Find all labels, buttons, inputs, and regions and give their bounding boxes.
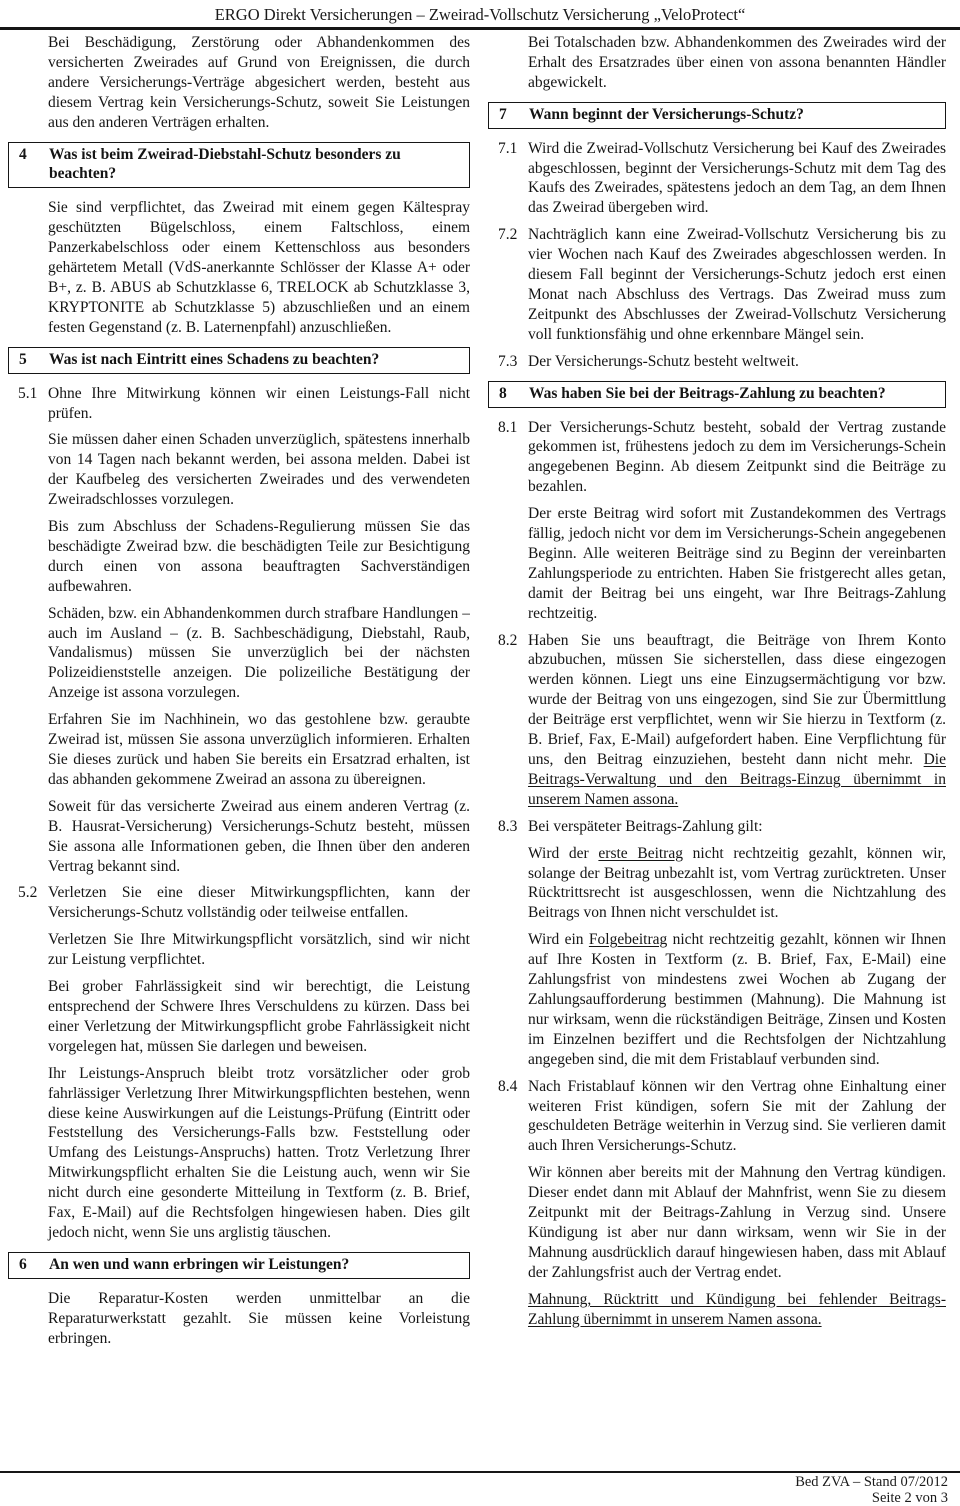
clause-paragraph: 7.2Nachträglich kann eine Zweirad-Vollsc… [488,225,946,344]
body-paragraph: Erfahren Sie im Nachhinein, wo das gesto… [8,710,470,790]
body-paragraph: Sie müssen daher einen Schaden unverzügl… [8,430,470,510]
text-run: erste Beitrag [598,845,683,862]
paragraph-text: Die Reparatur-Kosten werden unmittelbar … [48,1290,470,1347]
clause-paragraph: 5.1Ohne Ihre Mitwirkung können wir einen… [8,384,470,424]
section-title: Wann beginnt der Versicherungs-Schutz? [529,106,804,123]
text-run: Wird die Zweirad-Vollschutz Versicherung… [528,140,946,217]
footer-page-number: Seite 2 von 3 [795,1491,948,1506]
body-paragraph: Bei Totalschaden bzw. Abhandenkommen des… [488,33,946,93]
section-number: 6 [19,1255,27,1275]
text-run: Bis zum Abschluss der Schadens-Regulieru… [48,518,470,595]
footer-version-label: Bed ZVA – Stand 07/2012 [795,1475,948,1491]
clause-paragraph: 8.1Der Versicherungs-Schutz besteht, sob… [488,418,946,498]
section-title: An wen und wann erbringen wir Leistungen… [49,1256,349,1273]
text-run: Der erste Beitrag wird sofort mit Zustan… [528,505,946,622]
clause-number: 8.1 [498,418,517,438]
text-run: Sie müssen daher einen Schaden unverzügl… [48,431,470,508]
paragraph-text: Schäden, bzw. ein Abhandenkommen durch s… [48,605,470,702]
section-heading: 8Was haben Sie bei der Beitrags-Zahlung … [488,381,946,408]
text-run: Die Reparatur-Kosten werden unmittelbar … [48,1290,470,1347]
text-run: Nach Fristablauf können wir den Vertrag … [528,1078,946,1155]
clause-paragraph: 5.2Verletzen Sie eine dieser Mitwirkungs… [8,883,470,923]
section-title: Was ist nach Eintritt eines Schadens zu … [49,351,379,368]
paragraph-text: Wird der erste Beitrag nicht rechtzeitig… [528,845,946,922]
paragraph-text: Wird ein Folgebeitrag nicht rechtzeitig … [528,931,946,1067]
paragraph-text: Der erste Beitrag wird sofort mit Zustan… [528,505,946,622]
body-paragraph: Verletzen Sie Ihre Mitwirkungspflicht vo… [8,930,470,970]
text-run: Ihr Leistungs-Anspruch bleibt trotz vors… [48,1065,470,1241]
clause-number: 5.1 [18,384,37,404]
text-run: Soweit für das versicherte Zweirad aus e… [48,798,470,875]
body-paragraph: Schäden, bzw. ein Abhandenkommen durch s… [8,604,470,704]
paragraph-text: Nachträglich kann eine Zweirad-Vollschut… [528,226,946,343]
text-run: Folgebeitrag [589,931,667,948]
section-heading: 6An wen und wann erbringen wir Leistunge… [8,1252,470,1279]
left-column: Bei Beschädigung, Zerstörung oder Abhand… [8,33,470,1470]
body-paragraph: Wir können aber bereits mit der Mahnung … [488,1163,946,1282]
paragraph-text: Bis zum Abschluss der Schadens-Regulieru… [48,518,470,595]
section-title: Was haben Sie bei der Beitrags-Zahlung z… [529,385,886,402]
paragraph-text: Erfahren Sie im Nachhinein, wo das gesto… [48,711,470,788]
body-paragraph: Der erste Beitrag wird sofort mit Zustan… [488,504,946,623]
paragraph-text: Bei Beschädigung, Zerstörung oder Abhand… [48,34,470,131]
text-run: Ohne Ihre Mitwirkung können wir einen Le… [48,385,470,422]
paragraph-text: Der Versicherungs-Schutz besteht, sobald… [528,419,946,496]
clause-paragraph: 8.4Nach Fristablauf können wir den Vertr… [488,1077,946,1157]
section-number: 8 [499,384,507,404]
text-run: Wir können aber bereits mit der Mahnung … [528,1164,946,1281]
section-number: 4 [19,145,27,165]
body-paragraph: Soweit für das versicherte Zweirad aus e… [8,797,470,877]
clause-paragraph: 7.3Der Versicherungs-Schutz besteht welt… [488,352,946,372]
text-run: Nachträglich kann eine Zweirad-Vollschut… [528,226,946,343]
text-run: Bei Beschädigung, Zerstörung oder Abhand… [48,34,470,131]
body-paragraph: Die Reparatur-Kosten werden unmittelbar … [8,1289,470,1349]
paragraph-text: Verletzen Sie eine dieser Mitwirkungspfl… [48,884,470,921]
paragraph-text: Haben Sie uns beauftragt, die Beiträge v… [528,632,946,808]
section-number: 7 [499,105,507,125]
body-paragraph: Ihr Leistungs-Anspruch bleibt trotz vors… [8,1064,470,1243]
page-footer: Bed ZVA – Stand 07/2012 Seite 2 von 3 [795,1475,948,1506]
paragraph-text: Bei verspäteter Beitrags-Zahlung gilt: [528,818,763,835]
clause-number: 7.2 [498,225,517,245]
body-paragraph: Bei grober Fahrlässigkeit sind wir berec… [8,977,470,1057]
text-run: Bei Totalschaden bzw. Abhandenkommen des… [528,34,946,91]
text-run: Bei grober Fahrlässigkeit sind wir berec… [48,978,470,1055]
body-paragraph: Wird der erste Beitrag nicht rechtzeitig… [488,844,946,924]
clause-number: 7.1 [498,139,517,159]
paragraph-text: Ohne Ihre Mitwirkung können wir einen Le… [48,385,470,422]
text-run: Erfahren Sie im Nachhinein, wo das gesto… [48,711,470,788]
section-heading: 4Was ist beim Zweirad-Diebstahl-Schutz b… [8,142,470,189]
clause-paragraph: 8.2Haben Sie uns beauftragt, die Beiträg… [488,631,946,810]
right-column: Bei Totalschaden bzw. Abhandenkommen des… [488,33,946,1470]
text-run: nicht rechtzeitig gezahlt, können wir Ih… [528,931,946,1067]
document-page: ERGO Direkt Versicherungen – Zweirad-Vol… [0,0,960,1506]
paragraph-text: Ihr Leistungs-Anspruch bleibt trotz vors… [48,1065,470,1241]
paragraph-text: Wir können aber bereits mit der Mahnung … [528,1164,946,1281]
paragraph-text: Wird die Zweirad-Vollschutz Versicherung… [528,140,946,217]
body-paragraph: Sie sind verpflichtet, das Zweirad mit e… [8,198,470,337]
footer-divider [0,1471,960,1473]
text-run: Bei verspäteter Beitrags-Zahlung gilt: [528,818,763,835]
clause-number: 8.3 [498,817,517,837]
clause-number: 5.2 [18,883,37,903]
text-run: Mahnung, Rücktritt und Kündigung bei feh… [528,1291,946,1328]
clause-number: 8.2 [498,631,517,651]
body-paragraph: Mahnung, Rücktritt und Kündigung bei feh… [488,1290,946,1330]
paragraph-text: Nach Fristablauf können wir den Vertrag … [528,1078,946,1155]
paragraph-text: Sie müssen daher einen Schaden unverzügl… [48,431,470,508]
section-number: 5 [19,350,27,370]
clause-number: 8.4 [498,1077,517,1097]
text-run: Wird ein [528,931,589,948]
header-divider [0,27,960,30]
text-run: Verletzen Sie Ihre Mitwirkungspflicht vo… [48,931,470,968]
paragraph-text: Sie sind verpflichtet, das Zweirad mit e… [48,199,470,335]
body-paragraph: Wird ein Folgebeitrag nicht rechtzeitig … [488,930,946,1069]
paragraph-text: Der Versicherungs-Schutz besteht weltwei… [528,353,799,370]
paragraph-text: Soweit für das versicherte Zweirad aus e… [48,798,470,875]
paragraph-text: Mahnung, Rücktritt und Kündigung bei feh… [528,1291,946,1328]
clause-paragraph: 8.3Bei verspäteter Beitrags-Zahlung gilt… [488,817,946,837]
text-run: Wird der [528,845,598,862]
text-run: Sie sind verpflichtet, das Zweirad mit e… [48,199,470,335]
text-run: Schäden, bzw. ein Abhandenkommen durch s… [48,605,470,702]
section-heading: 7Wann beginnt der Versicherungs-Schutz? [488,102,946,129]
clause-number: 7.3 [498,352,517,372]
text-run: Der Versicherungs-Schutz besteht, sobald… [528,419,946,496]
text-run: Haben Sie uns beauftragt, die Beiträge v… [528,632,946,768]
paragraph-text: Verletzen Sie Ihre Mitwirkungspflicht vo… [48,931,470,968]
text-run: Verletzen Sie eine dieser Mitwirkungspfl… [48,884,470,921]
body-paragraph: Bei Beschädigung, Zerstörung oder Abhand… [8,33,470,133]
paragraph-text: Bei grober Fahrlässigkeit sind wir berec… [48,978,470,1055]
text-run: Der Versicherungs-Schutz besteht weltwei… [528,353,799,370]
section-title: Was ist beim Zweirad-Diebstahl-Schutz be… [49,146,401,183]
body-paragraph: Bis zum Abschluss der Schadens-Regulieru… [8,517,470,597]
paragraph-text: Bei Totalschaden bzw. Abhandenkommen des… [528,34,946,91]
clause-paragraph: 7.1Wird die Zweirad-Vollschutz Versicher… [488,139,946,219]
document-title: ERGO Direkt Versicherungen – Zweirad-Vol… [0,5,960,25]
section-heading: 5Was ist nach Eintritt eines Schadens zu… [8,347,470,374]
